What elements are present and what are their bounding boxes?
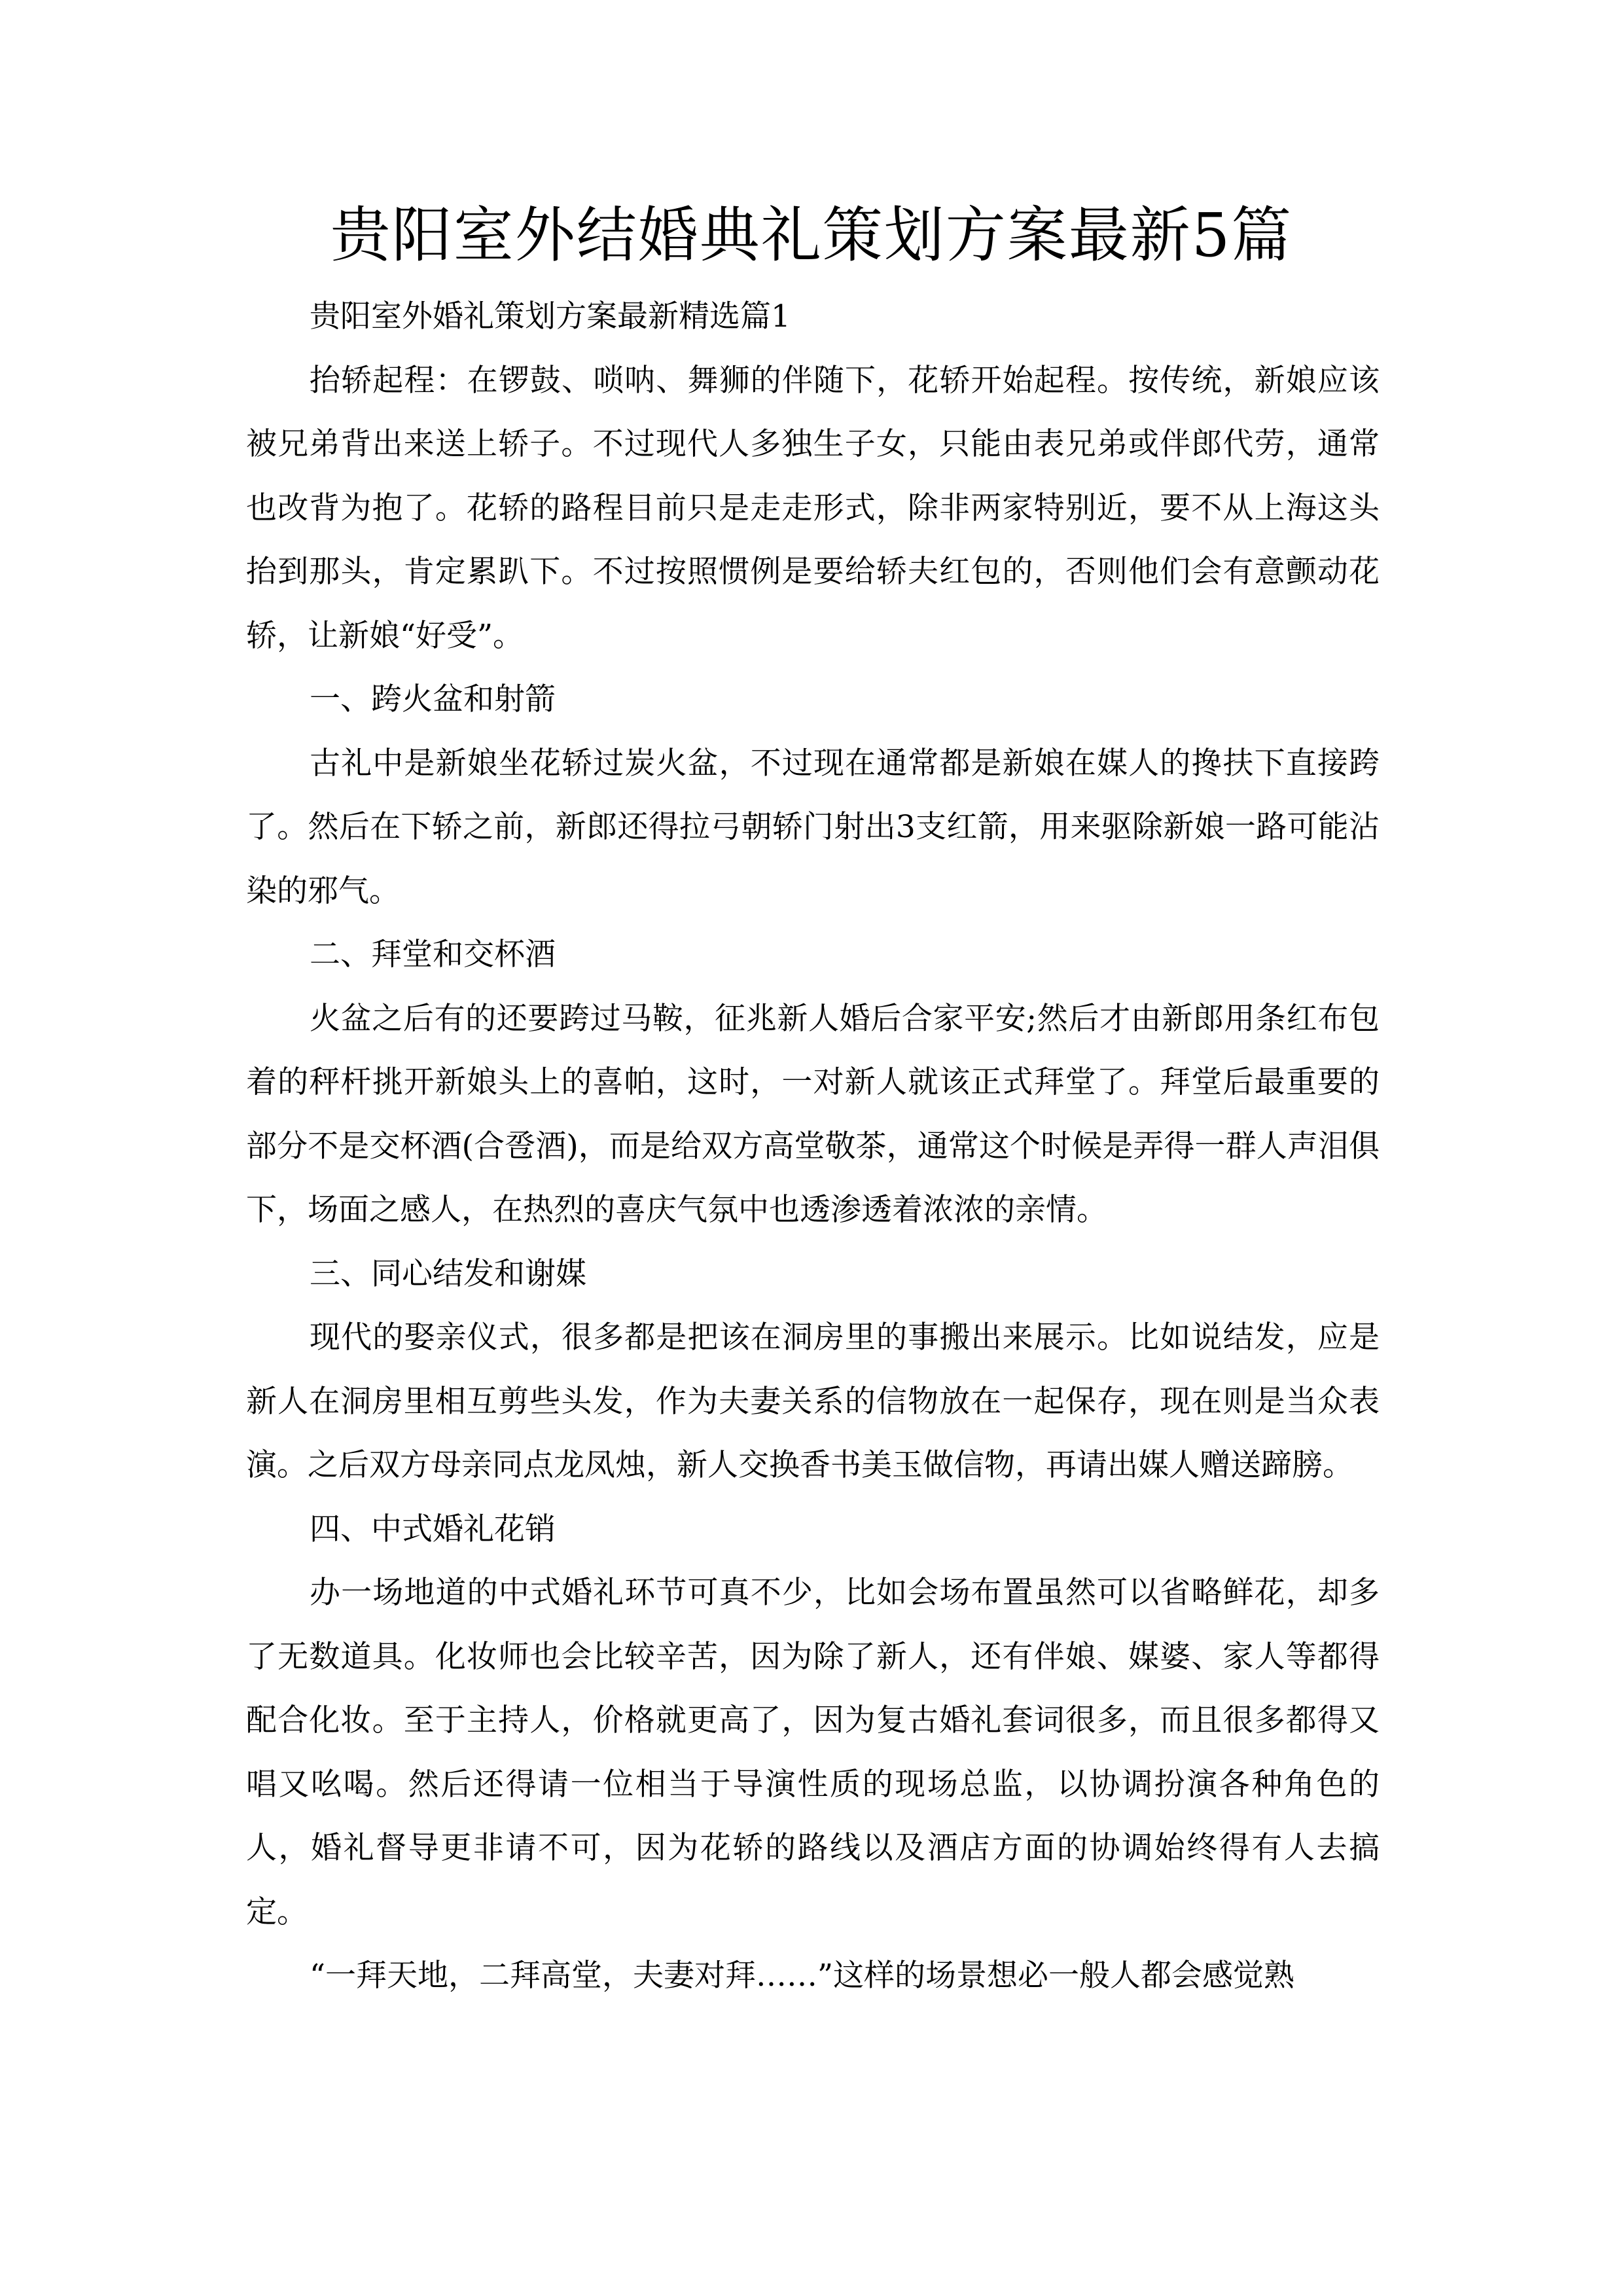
paragraph-bowing: 火盆之后有的还要跨过马鞍，征兆新人婚后合家平安;然后才由新郎用条红布包着的秤杆挑… bbox=[246, 987, 1380, 1242]
paragraph-costs: 办一场地道的中式婚礼环节可真不少，比如会场布置虽然可以省略鲜花，却多了无数道具。… bbox=[246, 1561, 1380, 1944]
heading-fire-basin-archery: 一、跨火盆和射箭 bbox=[246, 668, 1380, 732]
heading-bowing-wine: 二、拜堂和交杯酒 bbox=[246, 923, 1380, 987]
paragraph-hair-tying: 现代的娶亲仪式，很多都是把该在洞房里的事搬出来展示。比如说结发，应是新人在洞房里… bbox=[246, 1306, 1380, 1498]
paragraph-bowing-quote: “一拜天地，二拜高堂，夫妻对拜……”这样的场景想必一般人都会感觉熟 bbox=[246, 1944, 1380, 2008]
document-page: 贵阳室外结婚典礼策划方案最新5篇 贵阳室外婚礼策划方案最新精选篇1 抬轿起程：在… bbox=[0, 0, 1623, 2296]
paragraph-carrying-sedan: 抬轿起程：在锣鼓、唢呐、舞狮的伴随下，花轿开始起程。按传统，新娘应该被兄弟背出来… bbox=[246, 349, 1380, 668]
heading-wedding-costs: 四、中式婚礼花销 bbox=[246, 1498, 1380, 1562]
paragraph-fire-basin: 古礼中是新娘坐花轿过炭火盆，不过现在通常都是新娘在媒人的搀扶下直接跨了。然后在下… bbox=[246, 732, 1380, 924]
document-body: 贵阳室外婚礼策划方案最新精选篇1 抬轿起程：在锣鼓、唢呐、舞狮的伴随下，花轿开始… bbox=[246, 285, 1380, 2008]
heading-hair-tying-matchmaker: 三、同心结发和谢媒 bbox=[246, 1242, 1380, 1306]
section-subtitle: 贵阳室外婚礼策划方案最新精选篇1 bbox=[246, 285, 1380, 349]
document-title: 贵阳室外结婚典礼策划方案最新5篇 bbox=[0, 190, 1623, 281]
